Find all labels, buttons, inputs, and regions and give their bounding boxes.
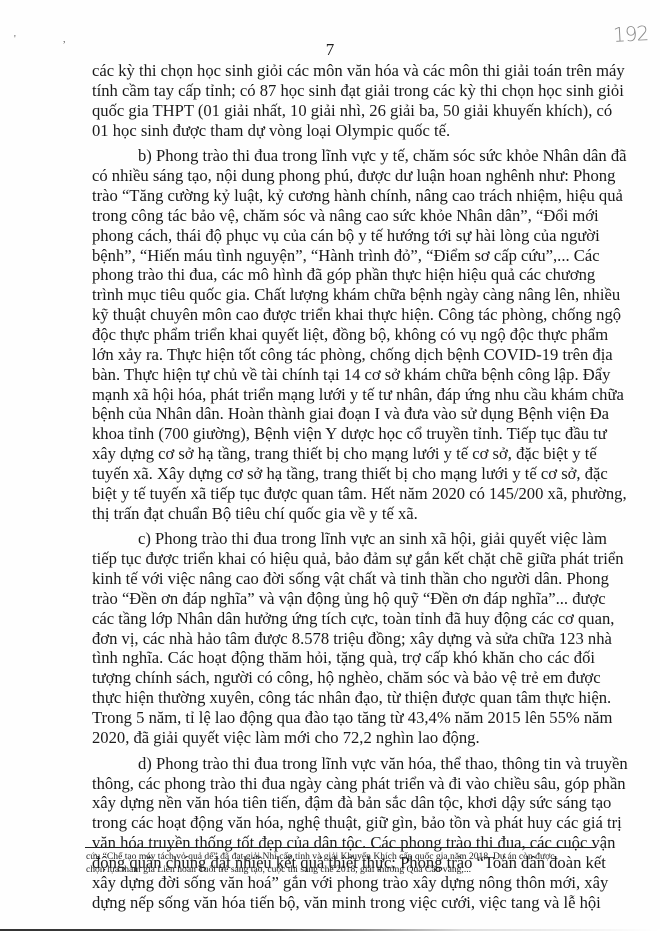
text-line: 2020, đã giải quyết việc làm mới cho 72,… xyxy=(92,728,595,748)
text-line: trong công tác bảo vệ, chăm sóc và nâng … xyxy=(92,206,595,226)
text-line: độc thực phẩm triển khai quyết liệt, đồn… xyxy=(92,325,595,345)
text-line: b) Phong trào thi đua trong lĩnh vực y t… xyxy=(92,146,595,166)
text-line: có nhiều sáng tạo, nội dung phong phú, đ… xyxy=(92,166,595,186)
text-line: các tầng lớp Nhân dân hưởng ứng tích cực… xyxy=(92,609,595,629)
footnote: cứu “Chế tạo máy tách vỏ quả dế” đã đạt … xyxy=(86,851,594,876)
text-line: bàn. Thực hiện tự chủ về tài chính tại 1… xyxy=(92,365,595,385)
text-line: 01 học sinh được tham dự vòng loại Olymp… xyxy=(92,121,595,141)
text-line: c) Phong trào thi đua trong lĩnh vực an … xyxy=(92,529,595,549)
handwritten-annotation: 192 xyxy=(612,21,648,47)
footnote-line: cứu “Chế tạo máy tách vỏ quả dế” đã đạt … xyxy=(86,851,594,864)
text-line: trào “Đền ơn đáp nghĩa” và vận động ủng … xyxy=(92,589,595,609)
paragraph-section-b: b) Phong trào thi đua trong lĩnh vực y t… xyxy=(92,146,595,523)
text-line: phong trào thi đua, các mô hình đã góp p… xyxy=(92,265,595,285)
text-line: biệt y tế tuyến xã tiếp tục được quan tâ… xyxy=(92,484,595,504)
document-page: ' , 7 192 các kỳ thi chọn học sinh giỏi … xyxy=(0,0,660,931)
text-line: trào “Tăng cường kỷ luật, kỷ cương hành … xyxy=(92,186,595,206)
text-line: quốc gia THPT (01 giải nhất, 10 giải nhì… xyxy=(92,101,595,121)
footnote-separator xyxy=(85,847,595,848)
text-line: khoa tỉnh (700 giường), Bệnh viện Y dược… xyxy=(92,424,595,444)
text-line: bệnh của Nhân dân. Hoàn thành giai đoạn … xyxy=(92,404,595,424)
text-line: tuyến xã. Xây dựng cơ sở hạ tầng, trang … xyxy=(92,464,595,484)
text-line: phong cách, thái độ phục vụ của cán bộ y… xyxy=(92,226,595,246)
text-line: thị trấn đạt chuẩn Bộ tiêu chí quốc gia … xyxy=(92,504,595,524)
text-line: xây dựng cơ sở hạ tầng, trang thiết bị c… xyxy=(92,444,595,464)
text-line: trình mục tiêu quốc gia. Chất lượng khám… xyxy=(92,285,595,305)
footnote-line: chọn lựa tham gia Liên hoan Tuổi trẻ sán… xyxy=(86,864,594,877)
text-line: văn hóa truyền thống tốt đẹp của dân tộc… xyxy=(92,833,595,853)
text-line: các kỳ thi chọn học sinh giỏi các môn vă… xyxy=(92,61,595,81)
text-line: d) Phong trào thi đua trong lĩnh vực văn… xyxy=(92,754,595,774)
text-line: đơn vị, các nhà hảo tâm được 8.578 triệu… xyxy=(92,629,595,649)
text-line: tình nghĩa. Các hoạt động thăm hỏi, tặng… xyxy=(92,648,595,668)
text-line: Trong 5 năm, tỉ lệ lao động qua đào tạo … xyxy=(92,708,595,728)
body-text: các kỳ thi chọn học sinh giỏi các môn vă… xyxy=(92,61,595,918)
text-line: dựng nếp sống văn hóa tiến bộ, văn minh … xyxy=(92,893,595,913)
text-line: xây dựng nền văn hóa tiên tiến, đậm đà b… xyxy=(92,793,595,813)
paragraph-section-c: c) Phong trào thi đua trong lĩnh vực an … xyxy=(92,529,595,747)
text-line: mạnh xã hội hóa, phát triển mạng lưới y … xyxy=(92,385,595,405)
paragraph-section-d: d) Phong trào thi đua trong lĩnh vực văn… xyxy=(92,754,595,913)
text-line: kinh tế với việc nâng cao đời sống vật c… xyxy=(92,569,595,589)
text-line: trong các hoạt động văn hóa, nghệ thuật,… xyxy=(92,813,595,833)
page-number: 7 xyxy=(0,40,660,60)
text-line: tượng chính sách, người có công, hộ nghè… xyxy=(92,668,595,688)
text-line: lớn xảy ra. Thực hiện tốt công tác phòng… xyxy=(92,345,595,365)
text-line: kỹ thuật chuyên môn cao được triển khai … xyxy=(92,305,595,325)
text-line: bệnh”, “Hiến máu tình nguyện”, “Hành trì… xyxy=(92,246,595,266)
text-line: tiếp tục được triển khai có hiệu quả, bả… xyxy=(92,549,595,569)
text-line: thực hiện thường xuyên, công tác nhân đạ… xyxy=(92,688,595,708)
paragraph-continuation: các kỳ thi chọn học sinh giỏi các môn vă… xyxy=(92,61,595,140)
text-line: thông, các phong trào thi đua ngày càng … xyxy=(92,774,595,794)
text-line: tính cầm tay cấp tỉnh; có 87 học sinh đạ… xyxy=(92,81,595,101)
